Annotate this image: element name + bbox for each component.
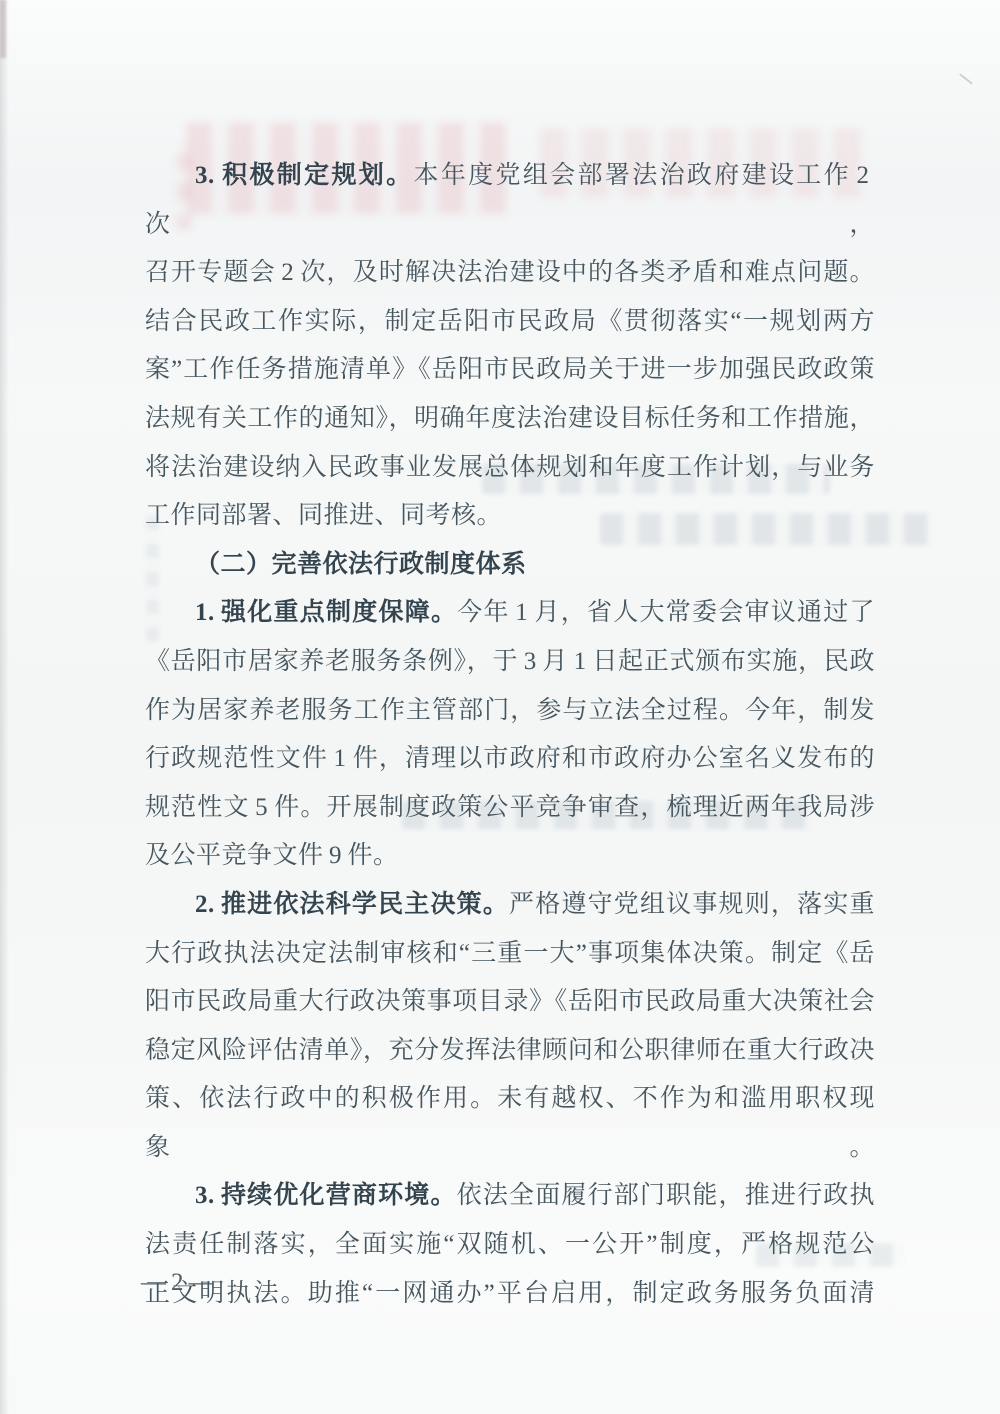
body-text: 法规有关工作的通知》，明确年度法治建设目标任务和工作措施， — [145, 405, 875, 432]
body-text: 今年 1 月，省人大常委会审议通过了 — [457, 599, 875, 626]
text-line: 法责任制落实，全面实施“双随机、一公开”制度，严格规范公 — [145, 1221, 875, 1270]
body-text: 法责任制落实，全面实施“双随机、一公开”制度，严格规范公 — [145, 1231, 875, 1258]
text-line: 及公平竞争文件 9 件。 — [145, 832, 875, 881]
text-line: 3. 积极制定规划。本年度党组会部署法治政府建设工作 2 次， — [145, 152, 875, 249]
body-text: 将法治建设纳入民政事业发展总体规划和年度工作计划，与业务 — [145, 454, 875, 481]
body-text: 结合民政工作实际，制定岳阳市民政局《贯彻落实“一规划两方 — [145, 308, 875, 335]
scan-corner-artifact — [0, 0, 6, 58]
text-line: 策、依法行政中的积极作用。未有越权、不作为和滥用职权现象。 — [145, 1075, 875, 1172]
page-number: —2— — [141, 1269, 219, 1297]
text-line: 大行政执法决定法制审核和“三重一大”事项集体决策。制定《岳 — [145, 930, 875, 979]
body-text: 工作同部署、同推进、同考核。 — [145, 502, 502, 529]
emphasized-text: 1. 强化重点制度保障。 — [195, 599, 457, 626]
text-line: 将法治建设纳入民政事业发展总体规划和年度工作计划，与业务 — [145, 444, 875, 493]
text-line: 阳市民政局重大行政决策事项目录》《岳阳市民政局重大决策社会 — [145, 978, 875, 1027]
body-text: 阳市民政局重大行政决策事项目录》《岳阳市民政局重大决策社会 — [145, 988, 875, 1015]
scanned-document-page: 3. 积极制定规划。本年度党组会部署法治政府建设工作 2 次，召开专题会 2 次… — [0, 0, 1000, 1414]
body-text: 行政规范性文件 1 件，清理以市政府和市政府办公室名义发布的 — [145, 745, 875, 772]
text-line: 召开专题会 2 次，及时解决法治建设中的各类矛盾和难点问题。 — [145, 249, 875, 298]
text-line: 作为居家养老服务工作主管部门，参与立法全过程。今年，制发 — [145, 687, 875, 736]
scan-edge-shadow — [0, 0, 9, 1414]
body-text: 正文明执法。助推“一网通办”平台启用，制定政务服务负面清 — [145, 1280, 875, 1307]
body-text: 依法全面履行部门职能，推进行政执 — [457, 1182, 875, 1209]
body-text: 及公平竞争文件 9 件。 — [145, 842, 399, 869]
body-text: 大行政执法决定法制审核和“三重一大”事项集体决策。制定《岳 — [145, 940, 875, 967]
body-text: 作为居家养老服务工作主管部门，参与立法全过程。今年，制发 — [145, 697, 875, 724]
section-heading: （二）完善依法行政制度体系 — [145, 541, 875, 590]
text-line: 稳定风险评估清单》，充分发挥法律顾问和公职律师在重大行政决 — [145, 1027, 875, 1076]
text-line: 《岳阳市居家养老服务条例》，于 3 月 1 日起正式颁布实施，民政 — [145, 638, 875, 687]
text-line: 正文明执法。助推“一网通办”平台启用，制定政务服务负面清 — [145, 1270, 875, 1319]
emphasized-text: 3. 积极制定规划。 — [195, 162, 414, 189]
text-line: 案”工作任务措施清单》《岳阳市民政局关于进一步加强民政政策 — [145, 346, 875, 395]
body-text: 规范性文 5 件。开展制度政策公平竞争审查，梳理近两年我局涉 — [145, 794, 875, 821]
body-text: 《岳阳市居家养老服务条例》，于 3 月 1 日起正式颁布实施，民政 — [145, 648, 875, 675]
scan-scratch-mark — [959, 73, 973, 84]
document-body: 3. 积极制定规划。本年度党组会部署法治政府建设工作 2 次，召开专题会 2 次… — [145, 152, 875, 1318]
body-text: 严格遵守党组议事规则，落实重 — [509, 891, 875, 918]
emphasized-text: 2. 推进依法科学民主决策。 — [195, 891, 509, 918]
body-text: 稳定风险评估清单》，充分发挥法律顾问和公职律师在重大行政决 — [145, 1037, 875, 1064]
body-text: 案”工作任务措施清单》《岳阳市民政局关于进一步加强民政政策 — [145, 356, 875, 383]
body-text: 策、依法行政中的积极作用。未有越权、不作为和滥用职权现象。 — [145, 1085, 875, 1161]
text-line: 3. 持续优化营商环境。依法全面履行部门职能，推进行政执 — [145, 1172, 875, 1221]
text-line: 1. 强化重点制度保障。今年 1 月，省人大常委会审议通过了 — [145, 589, 875, 638]
emphasized-text: 3. 持续优化营商环境。 — [195, 1182, 457, 1209]
body-text: 召开专题会 2 次，及时解决法治建设中的各类矛盾和难点问题。 — [145, 259, 875, 286]
text-line: 规范性文 5 件。开展制度政策公平竞争审查，梳理近两年我局涉 — [145, 784, 875, 833]
text-line: 结合民政工作实际，制定岳阳市民政局《贯彻落实“一规划两方 — [145, 298, 875, 347]
text-line: 法规有关工作的通知》，明确年度法治建设目标任务和工作措施， — [145, 395, 875, 444]
text-line: 2. 推进依法科学民主决策。严格遵守党组议事规则，落实重 — [145, 881, 875, 930]
text-line: 工作同部署、同推进、同考核。 — [145, 492, 875, 541]
text-line: 行政规范性文件 1 件，清理以市政府和市政府办公室名义发布的 — [145, 735, 875, 784]
emphasized-text: （二）完善依法行政制度体系 — [195, 551, 527, 578]
